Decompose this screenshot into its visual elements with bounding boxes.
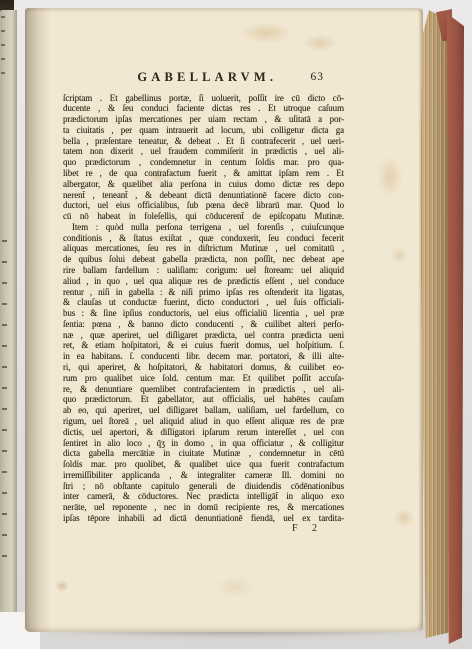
stain — [393, 508, 415, 528]
text-line: dictis, uel apertori, & diſligatori ipſa… — [63, 427, 344, 438]
text-line: Item : quòd nulla perſona terrigena , ue… — [63, 222, 344, 233]
stain — [390, 246, 408, 264]
text-line: ab eo, qui aperiret, uel diſligaret ball… — [63, 405, 344, 416]
text-line: ſentiret in alio loco , q̄ʒ in domo , in… — [63, 438, 344, 449]
text-line: ſtri ; nō obſtante capitulo generali de … — [63, 481, 344, 492]
text-line: cū nō habeat in foleſellis, qui cōducere… — [63, 211, 344, 222]
fore-edge-pages — [420, 10, 452, 638]
book-cover-edge — [447, 7, 464, 644]
text-line: aliud , in quo , uel qua aliquæ res de p… — [63, 276, 344, 287]
text-line: ſoldis mar. pro quolibet, & qualibet uic… — [63, 459, 344, 470]
stain — [240, 22, 292, 44]
book-page: GABELLARVM. 63 ſcriptam . Et gabellinus … — [25, 8, 423, 632]
text-line: de quibus ſolui debeat gabella prædicta,… — [63, 254, 344, 265]
running-header: GABELLARVM. 63 — [63, 70, 346, 86]
signature-mark: F 2 — [292, 523, 323, 534]
book-photo: GABELLARVM. 63 ſcriptam . Et gabellinus … — [0, 0, 472, 649]
text-line: quo prædictorum , condemnetur in centum … — [63, 157, 344, 168]
text-line: rire ballam fardellum : ualiſiam: corigu… — [63, 265, 344, 276]
page-number: 63 — [311, 71, 325, 83]
text-line: rigum, uel ſtoreā , uel aliquid aliud in… — [63, 416, 344, 427]
text-line: ri, qui aperiret, & hoſpitatori, & habit… — [63, 362, 344, 373]
page-gutter-curve — [25, 8, 51, 632]
facing-page-edge — [0, 10, 17, 613]
text-line: prædictorum ipſas mercationes per uiam r… — [63, 114, 344, 125]
text-line: ducente , & ſeu conduci faciente dictas … — [63, 103, 344, 114]
text-line: re, & denuntiare quemlibet contrafacient… — [63, 384, 344, 395]
stain — [55, 580, 69, 592]
text-line: bus : & ſine ipſius conductoris, uel eiu… — [63, 308, 344, 319]
text-line: libet re , de qua contrafactum fuerit , … — [63, 168, 344, 179]
text-line: rentur , niſi in gabella : & niſi primo … — [63, 287, 344, 298]
stain — [377, 156, 403, 198]
text-line: nerent̄ , teneant̄ , & debeant dictā den… — [63, 190, 344, 201]
text-line: aliquas mercationes, ſeu res in diſtrict… — [63, 243, 344, 254]
stain — [303, 34, 337, 52]
text-line: irremiſſibiliter applicanda , & integral… — [63, 470, 344, 481]
text-line: in ea habitans. ſ. conducenti libr. dece… — [63, 351, 344, 362]
text-line: albergator, & quælibet alia perſona in c… — [63, 179, 344, 190]
header-title: GABELLARVM. — [137, 70, 277, 85]
stain — [215, 576, 255, 598]
text-block: ſcriptam . Et gabellinus portæ, ſi uolue… — [63, 93, 344, 524]
text-line: nerāte, uel reponente , nec in domū reci… — [63, 502, 344, 513]
text-line: tatem non dixerit , uel fraudem commiſer… — [63, 146, 344, 157]
text-line: bella , præſentare teneatur, & debeat . … — [63, 136, 344, 147]
text-line: næ , quæ aperiret, uel diſligaret prædic… — [63, 330, 344, 341]
text-line: ret, & etiam hoſpitatori, & ei cuius fue… — [63, 340, 344, 351]
text-line: ſentia: pœna , & banno dicto conducenti … — [63, 319, 344, 330]
text-line: ductori, uel eius officialibus, ſub pœna… — [63, 200, 344, 211]
text-line: rum pro qualibet uice ſold. centum mar. … — [63, 373, 344, 384]
text-line: & clauſas ut conductæ fuerint, dicto con… — [63, 297, 344, 308]
text-line: inter camerā, & cōductores. Nec prædicta… — [63, 491, 344, 502]
text-line: quo prædictorum. Et gabellator, aut offi… — [63, 394, 344, 405]
text-line: conditionis , & ſtatus exiſtat , quæ con… — [63, 233, 344, 244]
text-line: dicta gabella mercātiæ in ciuitate Mutin… — [63, 448, 344, 459]
text-line: ta ciuitatis , per quam intrauerit ad lo… — [63, 125, 344, 136]
text-line: ſcriptam . Et gabellinus portæ, ſi uolue… — [63, 93, 344, 104]
